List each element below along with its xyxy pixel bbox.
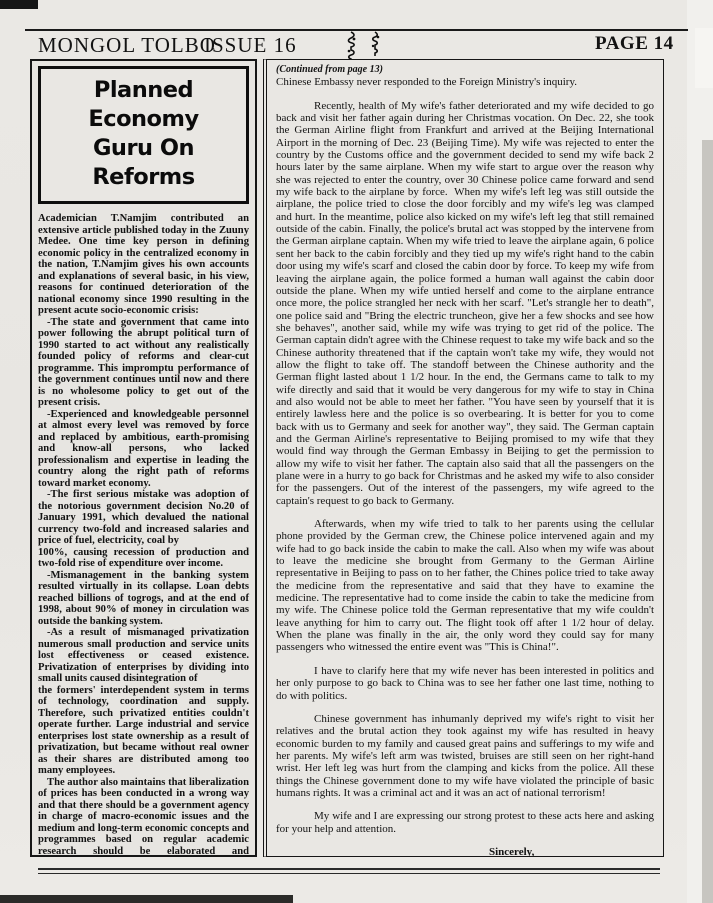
left-article-paragraph: The author also maintains that liberaliz… [38, 777, 249, 858]
scan-edge-shadow [702, 140, 713, 903]
scan-mark-top-left [0, 0, 38, 9]
newspaper-page: MONGOL TOLBO ISSUE 16 PAGE 14 Planned Ec… [0, 0, 713, 903]
right-article-paragraph: Chinese government has inhumanly deprive… [276, 713, 654, 799]
left-article-paragraph: Academician T.Namjim contributed an exte… [38, 213, 249, 317]
headline-line-1: Planned Economy [42, 76, 245, 134]
article-headline: Planned Economy Guru On Reforms [38, 66, 249, 204]
scan-mark-bottom [0, 895, 293, 903]
scan-edge-notch [695, 28, 713, 88]
page-number: PAGE 14 [595, 33, 674, 55]
masthead-title: MONGOL TOLBO [38, 33, 216, 58]
left-article-paragraph: -Mismanagement in the banking system res… [38, 570, 249, 628]
left-article-box: Planned Economy Guru On Reforms Academic… [30, 59, 257, 857]
footer-rule [38, 868, 660, 874]
right-article-box: (Continued from page 13) Chinese Embassy… [263, 59, 664, 857]
left-article-paragraph: -As a result of mismanaged privatization… [38, 627, 249, 777]
issue-number: ISSUE 16 [204, 33, 297, 58]
right-article-lead: Chinese Embassy never responded to the F… [276, 76, 654, 88]
left-article-paragraph: -Experienced and knowledgeable personnel… [38, 409, 249, 490]
left-article-paragraph: -The first serious mistake was adoption … [38, 489, 249, 570]
right-article-paragraph: Recently, health of My wife's father det… [276, 100, 654, 507]
right-article-paragraph: My wife and I are expressing our strong … [276, 810, 654, 835]
letter-closing: Sincerely, [489, 846, 654, 857]
left-article-paragraph: -The state and government that came into… [38, 317, 249, 409]
headline-line-2: Guru On Reforms [42, 134, 245, 192]
mongolian-script-icon [370, 31, 381, 57]
continued-note: (Continued from page 13) [276, 64, 654, 76]
right-article-paragraph: Afterwards, when my wife tried to talk t… [276, 518, 654, 654]
right-article-paragraph: I have to clarify here that my wife neve… [276, 665, 654, 702]
